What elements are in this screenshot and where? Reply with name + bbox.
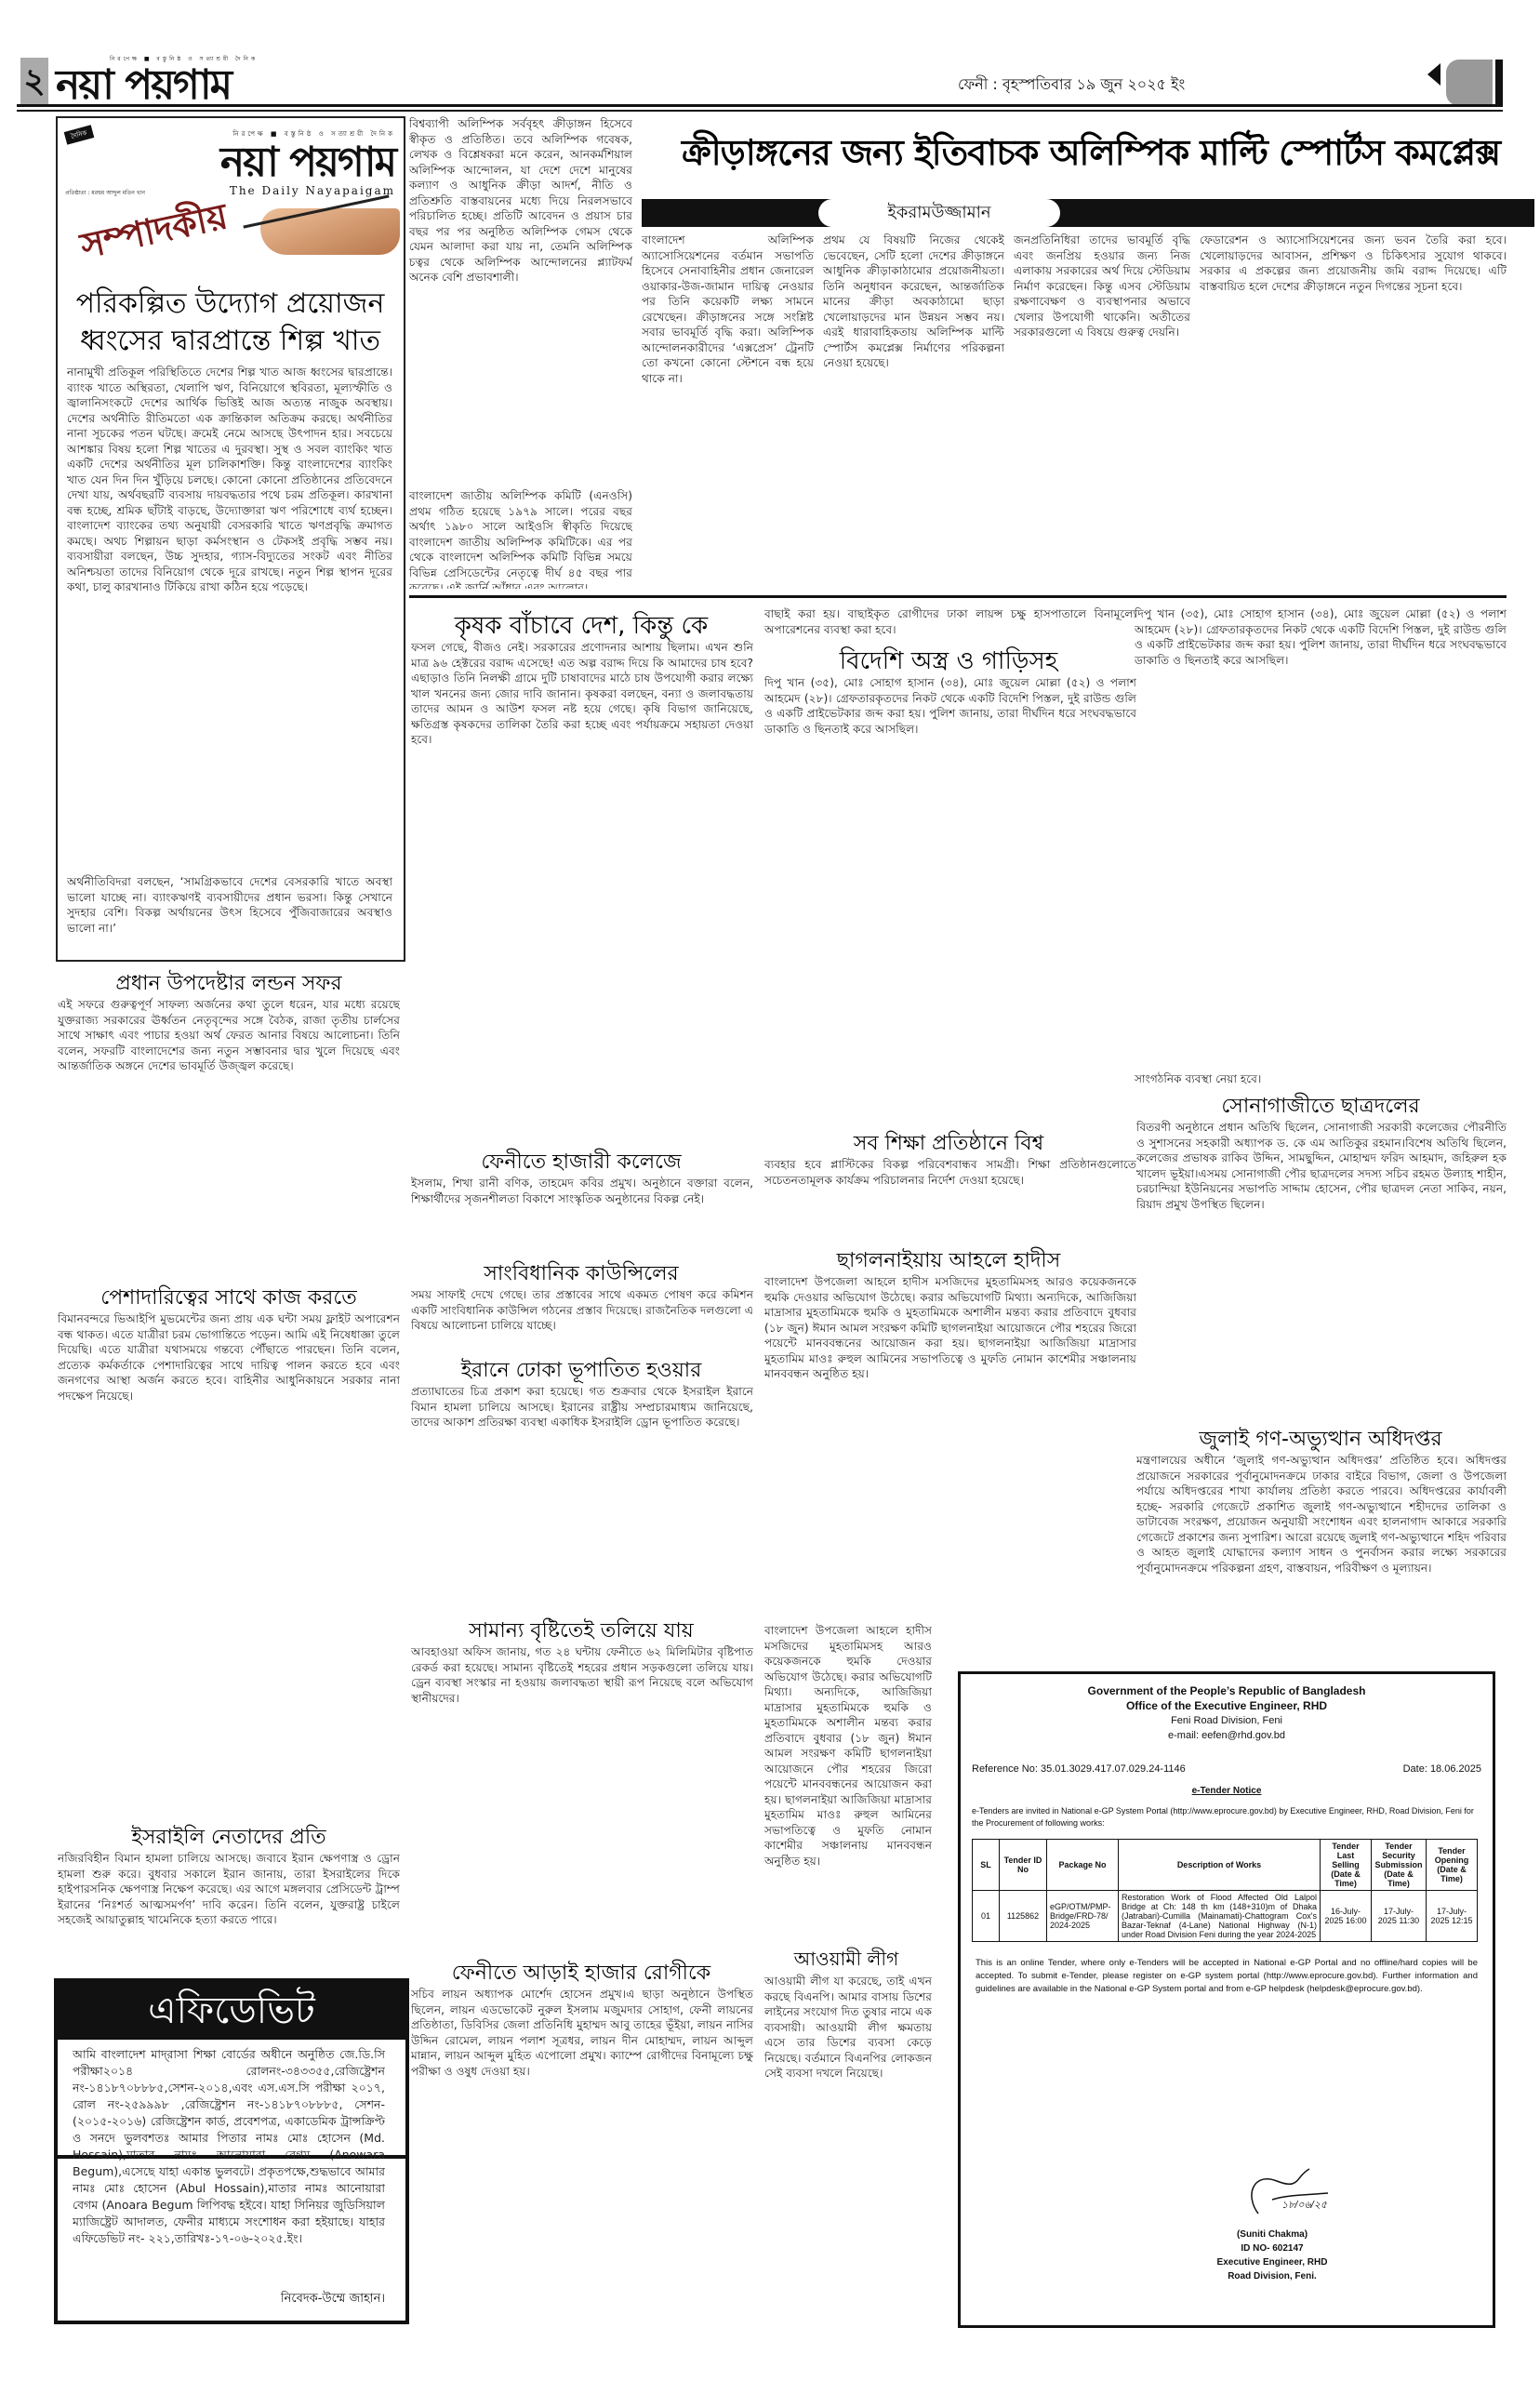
tender-ref-row: Reference No: 35.01.3029.417.07.029.24-1… bbox=[961, 1743, 1493, 1775]
tender-gov: Government of the People’s Republic of B… bbox=[961, 1683, 1493, 1698]
masthead-rule bbox=[17, 104, 1503, 107]
col-header: Tender ID No bbox=[1000, 1840, 1047, 1891]
signer-block: (Suniti Chakma) ID NO- 602147 Executive … bbox=[1193, 2228, 1351, 2283]
tender-table: SL Tender ID No Package No Description o… bbox=[972, 1839, 1478, 1942]
feature-headline: ক্রীড়াঙ্গনের জন্য ইতিবাচক অলিম্পিক মাল্… bbox=[642, 126, 1540, 185]
editorial-banner: সম্পাদকীয় bbox=[74, 203, 400, 277]
feature-intro: বিশ্বব্যাপী অলিম্পিক সর্ববৃহৎ ক্রীড়াঙ্গ… bbox=[409, 116, 632, 488]
story-body: আবহাওয়া অফিস জানায়, গত ২৪ ঘন্টায় ফেনী… bbox=[411, 1644, 753, 1951]
cell-security: 17-July-2025 11:30 bbox=[1372, 1891, 1427, 1942]
story-body: সময় সাফাই দেখে গেছে। তার প্রস্তাবের সাথ… bbox=[411, 1287, 753, 1350]
tender-intro: e-Tenders are invited in National e-GP S… bbox=[961, 1796, 1493, 1835]
story-body: এই সফরে গুরুত্বপূর্ণ সাফল্য অর্জনের কথা … bbox=[58, 997, 400, 1276]
story-body: বিমানবন্দরে ভিআইপি মুভমেন্টের জন্য প্রায… bbox=[58, 1311, 400, 1814]
logo-name: নয়া পয়গাম bbox=[65, 141, 395, 184]
masthead-tagline: নিরপেক্ষ ■ বস্তুনিষ্ঠ ও সত্যাশ্রয়ী দৈনি… bbox=[110, 54, 258, 64]
page-tab-decoration bbox=[1446, 60, 1493, 106]
signer-office: Road Division, Feni. bbox=[1193, 2269, 1351, 2283]
story-body: ফসল গেছে, বীজও নেই। সরকারের প্রণোদনার আশ… bbox=[411, 640, 753, 1142]
founder-line: প্রতিষ্ঠাতা : মরহুম আব্দুল মতিন খান bbox=[65, 188, 145, 198]
tender-email: e-mail: eefen@rhd.gov.bd bbox=[961, 1728, 1493, 1743]
table-header-row: SL Tender ID No Package No Description o… bbox=[973, 1840, 1478, 1891]
editorial-subheadline: ধ্বংসের দ্বারপ্রান্তে শিল্প খাত bbox=[65, 324, 395, 359]
signature-scribble: ১৮/০৬/২৫ bbox=[1240, 2167, 1351, 2223]
story-body-continued: বাংলাদেশ উপজেলা আহলে হাদীস মসজিদের মুহতা… bbox=[764, 1623, 932, 1939]
feature-byline: ইকরামউজ্জামান bbox=[818, 199, 1060, 227]
story-lead: সাংগঠনিক ব্যবস্থা নেয়া হবে। bbox=[1135, 1071, 1507, 1088]
editorial-headline: পরিকল্পিত উদ্যোগ প্রয়োজন bbox=[65, 286, 395, 322]
col-header: Description of Works bbox=[1119, 1840, 1321, 1891]
col-header: Package No bbox=[1047, 1840, 1119, 1891]
feature-byline-bar bbox=[642, 199, 1534, 227]
tender-date: Date: 18.06.2025 bbox=[1403, 1763, 1481, 1775]
feature-column: ফেডারেশন ও অ্যাসোসিয়েশনের জন্য ভবন তৈরি… bbox=[1200, 233, 1507, 591]
story-body: ইসলাম, শিখা রানী বণিক, তাহমেদ কবির প্রমু… bbox=[411, 1176, 753, 1254]
feature-column: বাংলাদেশ জাতীয় অলিম্পিক কমিটি (এনওসি) প… bbox=[409, 488, 632, 589]
story-continued: দিপু খান (৩৫), মোঃ সোহাগ হাসান (৩৪), মোঃ… bbox=[1135, 606, 1507, 1076]
cell-last-selling: 16-July-2025 16:00 bbox=[1321, 1891, 1372, 1942]
editorial-logo: দৈনিক নিরপেক্ষ ■ বস্তুনিষ্ঠ ও সত্যাশ্রয়… bbox=[65, 128, 395, 198]
arrow-left-icon bbox=[1427, 63, 1440, 86]
story-lead: বাছাই করা হয়। বাছাইকৃত রোগীদের ঢাকা লায… bbox=[764, 606, 1136, 640]
section-label: সম্পাদকীয় bbox=[75, 189, 233, 278]
story-body: প্রত্যাঘাতের চিত্র প্রকাশ করা হয়েছে। গত… bbox=[411, 1384, 753, 1607]
signature-date: ১৮/০৬/২৫ bbox=[1281, 2197, 1327, 2215]
signer-title: Executive Engineer, RHD bbox=[1193, 2255, 1351, 2269]
col-header: Tender Last Selling (Date & Time) bbox=[1321, 1840, 1372, 1891]
date-line: ফেনী : বৃহস্পতিবার ১৯ জুন ২০২৫ ইং bbox=[958, 73, 1185, 98]
tender-title: e-Tender Notice bbox=[961, 1786, 1493, 1796]
masthead-rule bbox=[17, 110, 1503, 112]
feature-column: প্রথম যে বিষয়টি নিজের থেকেই ভেবেছেন, সে… bbox=[823, 233, 1004, 591]
signer-id: ID NO- 602147 bbox=[1193, 2241, 1351, 2255]
story-body: বিতরণী অনুষ্ঠানে প্রধান অতিথি ছিলেন, সোন… bbox=[1136, 1120, 1507, 1417]
story-body: মন্ত্রণালয়ের অধীনে ‘জুলাই গণ-অভ্যুত্থান… bbox=[1136, 1453, 1507, 1667]
page-bar-decoration bbox=[1495, 60, 1503, 106]
col-header: Tender Security Submission (Date & Time) bbox=[1372, 1840, 1427, 1891]
feature-column: জনপ্রতিনিধিরা তাদের ভাবমূর্তি বৃদ্ধি এবং… bbox=[1014, 233, 1190, 591]
col-header: SL bbox=[973, 1840, 1000, 1891]
signer-name: (Suniti Chakma) bbox=[1193, 2228, 1351, 2241]
editorial-quote: অর্থনীতিবিদরা বলছেন, ‘সামগ্রিকভাবে দেশের… bbox=[67, 874, 392, 953]
affidavit-title: এফিডেভিট bbox=[58, 1982, 405, 2040]
story-body: সচিব লায়ন অধ্যাপক মোর্শেদ হোসেন প্রমুখ।… bbox=[411, 1987, 753, 2340]
cell-package: eGP/OTM/PMP-Bridge/FRD-78/ 2024-2025 bbox=[1047, 1891, 1119, 1942]
story-body: বাংলাদেশ উপজেলা আহলে হাদীস মসজিদের মুহতা… bbox=[764, 1274, 1136, 1618]
col-header: Tender Opening (Date & Time) bbox=[1427, 1840, 1478, 1891]
table-row: 01 1125862 eGP/OTM/PMP-Bridge/FRD-78/ 20… bbox=[973, 1891, 1478, 1942]
cell-tender-id: 1125862 bbox=[1000, 1891, 1047, 1942]
story-headline: আওয়ামী লীগ bbox=[763, 1946, 930, 1976]
affidavit-border bbox=[54, 2032, 409, 2324]
affidavit-signature: নিবেদক-উম্মে জাহান। bbox=[167, 2290, 385, 2309]
editorial-body: নানামুখী প্রতিকূল পরিস্থিতিতে দেশের শিল্… bbox=[67, 365, 392, 867]
story-body: আওয়ামী লীগ যা করেছে, তাই এখন করছে বিএনপ… bbox=[764, 1974, 932, 2346]
story-body: নজিরবিহীন বিমান হামলা চালিয়ে আসছে। জবাব… bbox=[58, 1851, 400, 1946]
page-number: ২ bbox=[20, 58, 48, 106]
story-body: দিপু খান (৩৫), মোঃ সোহাগ হাসান (৩৪), মোঃ… bbox=[764, 675, 1136, 1122]
english-name: The Daily Nayapaigam bbox=[230, 184, 395, 197]
feature-column: বাংলাদেশ অলিম্পিক অ্যাসোসিয়েশনের বর্তমা… bbox=[642, 233, 814, 591]
hand-with-pen-illustration bbox=[260, 208, 400, 255]
tender-office: Office of the Executive Engineer, RHD bbox=[961, 1698, 1493, 1713]
signature-icon bbox=[1240, 2167, 1351, 2223]
cell-opening: 17-July-2025 12:15 bbox=[1427, 1891, 1478, 1942]
cell-description: Restoration Work of Flood Affected Old L… bbox=[1119, 1891, 1321, 1942]
tender-reference: Reference No: 35.01.3029.417.07.029.24-1… bbox=[972, 1763, 1186, 1775]
tender-division: Feni Road Division, Feni bbox=[961, 1713, 1493, 1728]
story-body: ব্যবহার হবে প্লাস্টিকের বিকল্প পরিবেশবান… bbox=[764, 1157, 1136, 1241]
tender-footer: This is an online Tender, where only e-T… bbox=[961, 1946, 1493, 2007]
section-divider bbox=[409, 595, 1507, 598]
tender-notice: Government of the People’s Republic of B… bbox=[958, 1671, 1495, 2328]
cell-sl: 01 bbox=[973, 1891, 1000, 1942]
